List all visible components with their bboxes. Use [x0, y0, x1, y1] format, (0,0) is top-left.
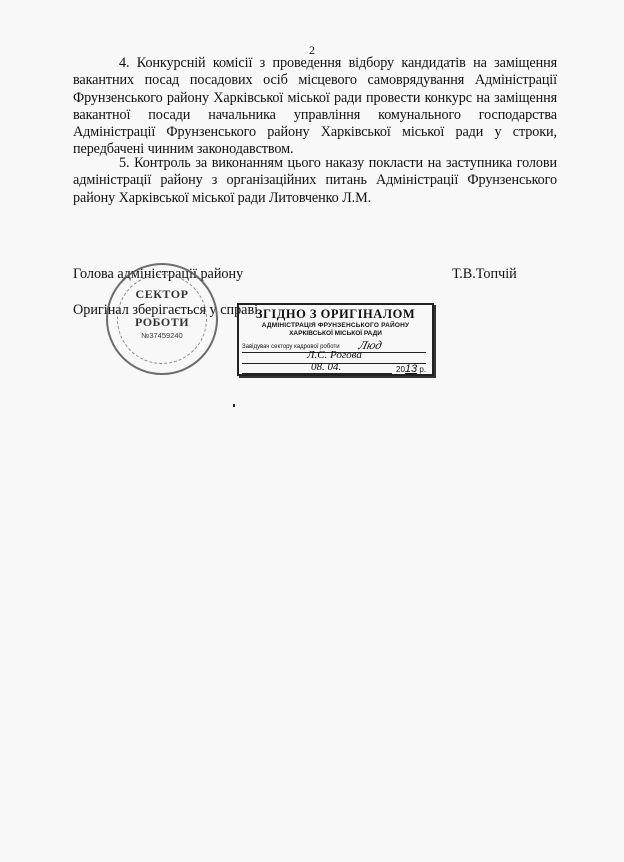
round-seal: СЕКТОР РОБОТИ №37459240 [106, 263, 218, 375]
paragraph-5: 5. Контроль за виконанням цього наказу п… [73, 155, 557, 207]
stamp-year: 2013 р. [396, 363, 426, 375]
paragraph-4-text: 4. Конкурсній комісії з проведення відбо… [73, 55, 557, 157]
scan-speck [233, 404, 235, 407]
certification-stamp: ЗГІДНО З ОРИГІНАЛОМ АДМІНІСТРАЦІЯ ФРУНЗЕ… [237, 303, 434, 376]
paragraph-4: 4. Конкурсній комісії з проведення відбо… [73, 55, 557, 159]
stamp-year-value: 13 [405, 363, 417, 375]
seal-number: №37459240 [108, 331, 216, 340]
stamp-org-line-1: АДМІНІСТРАЦІЯ ФРУНЗЕНСЬКОГО РАЙОНУ [239, 322, 432, 329]
stamp-handwritten-name: Л.С. Рогова [307, 349, 362, 361]
signature-name: Т.В.Топчій [452, 266, 517, 283]
stamp-date-line [242, 373, 392, 374]
stamp-handwritten-date: 08. 04. [311, 361, 341, 373]
stamp-org-line-2: ХАРКІВСЬКОЇ МІСЬКОЇ РАДИ [239, 330, 432, 337]
seal-line-1: СЕКТОР [108, 287, 216, 302]
stamp-title: ЗГІДНО З ОРИГІНАЛОМ [239, 307, 432, 322]
paragraph-5-text: 5. Контроль за виконанням цього наказу п… [73, 155, 557, 206]
stamp-year-prefix: 20 [396, 365, 405, 374]
stamp-year-postfix: р. [419, 365, 426, 374]
seal-line-2: РОБОТИ [108, 315, 216, 330]
